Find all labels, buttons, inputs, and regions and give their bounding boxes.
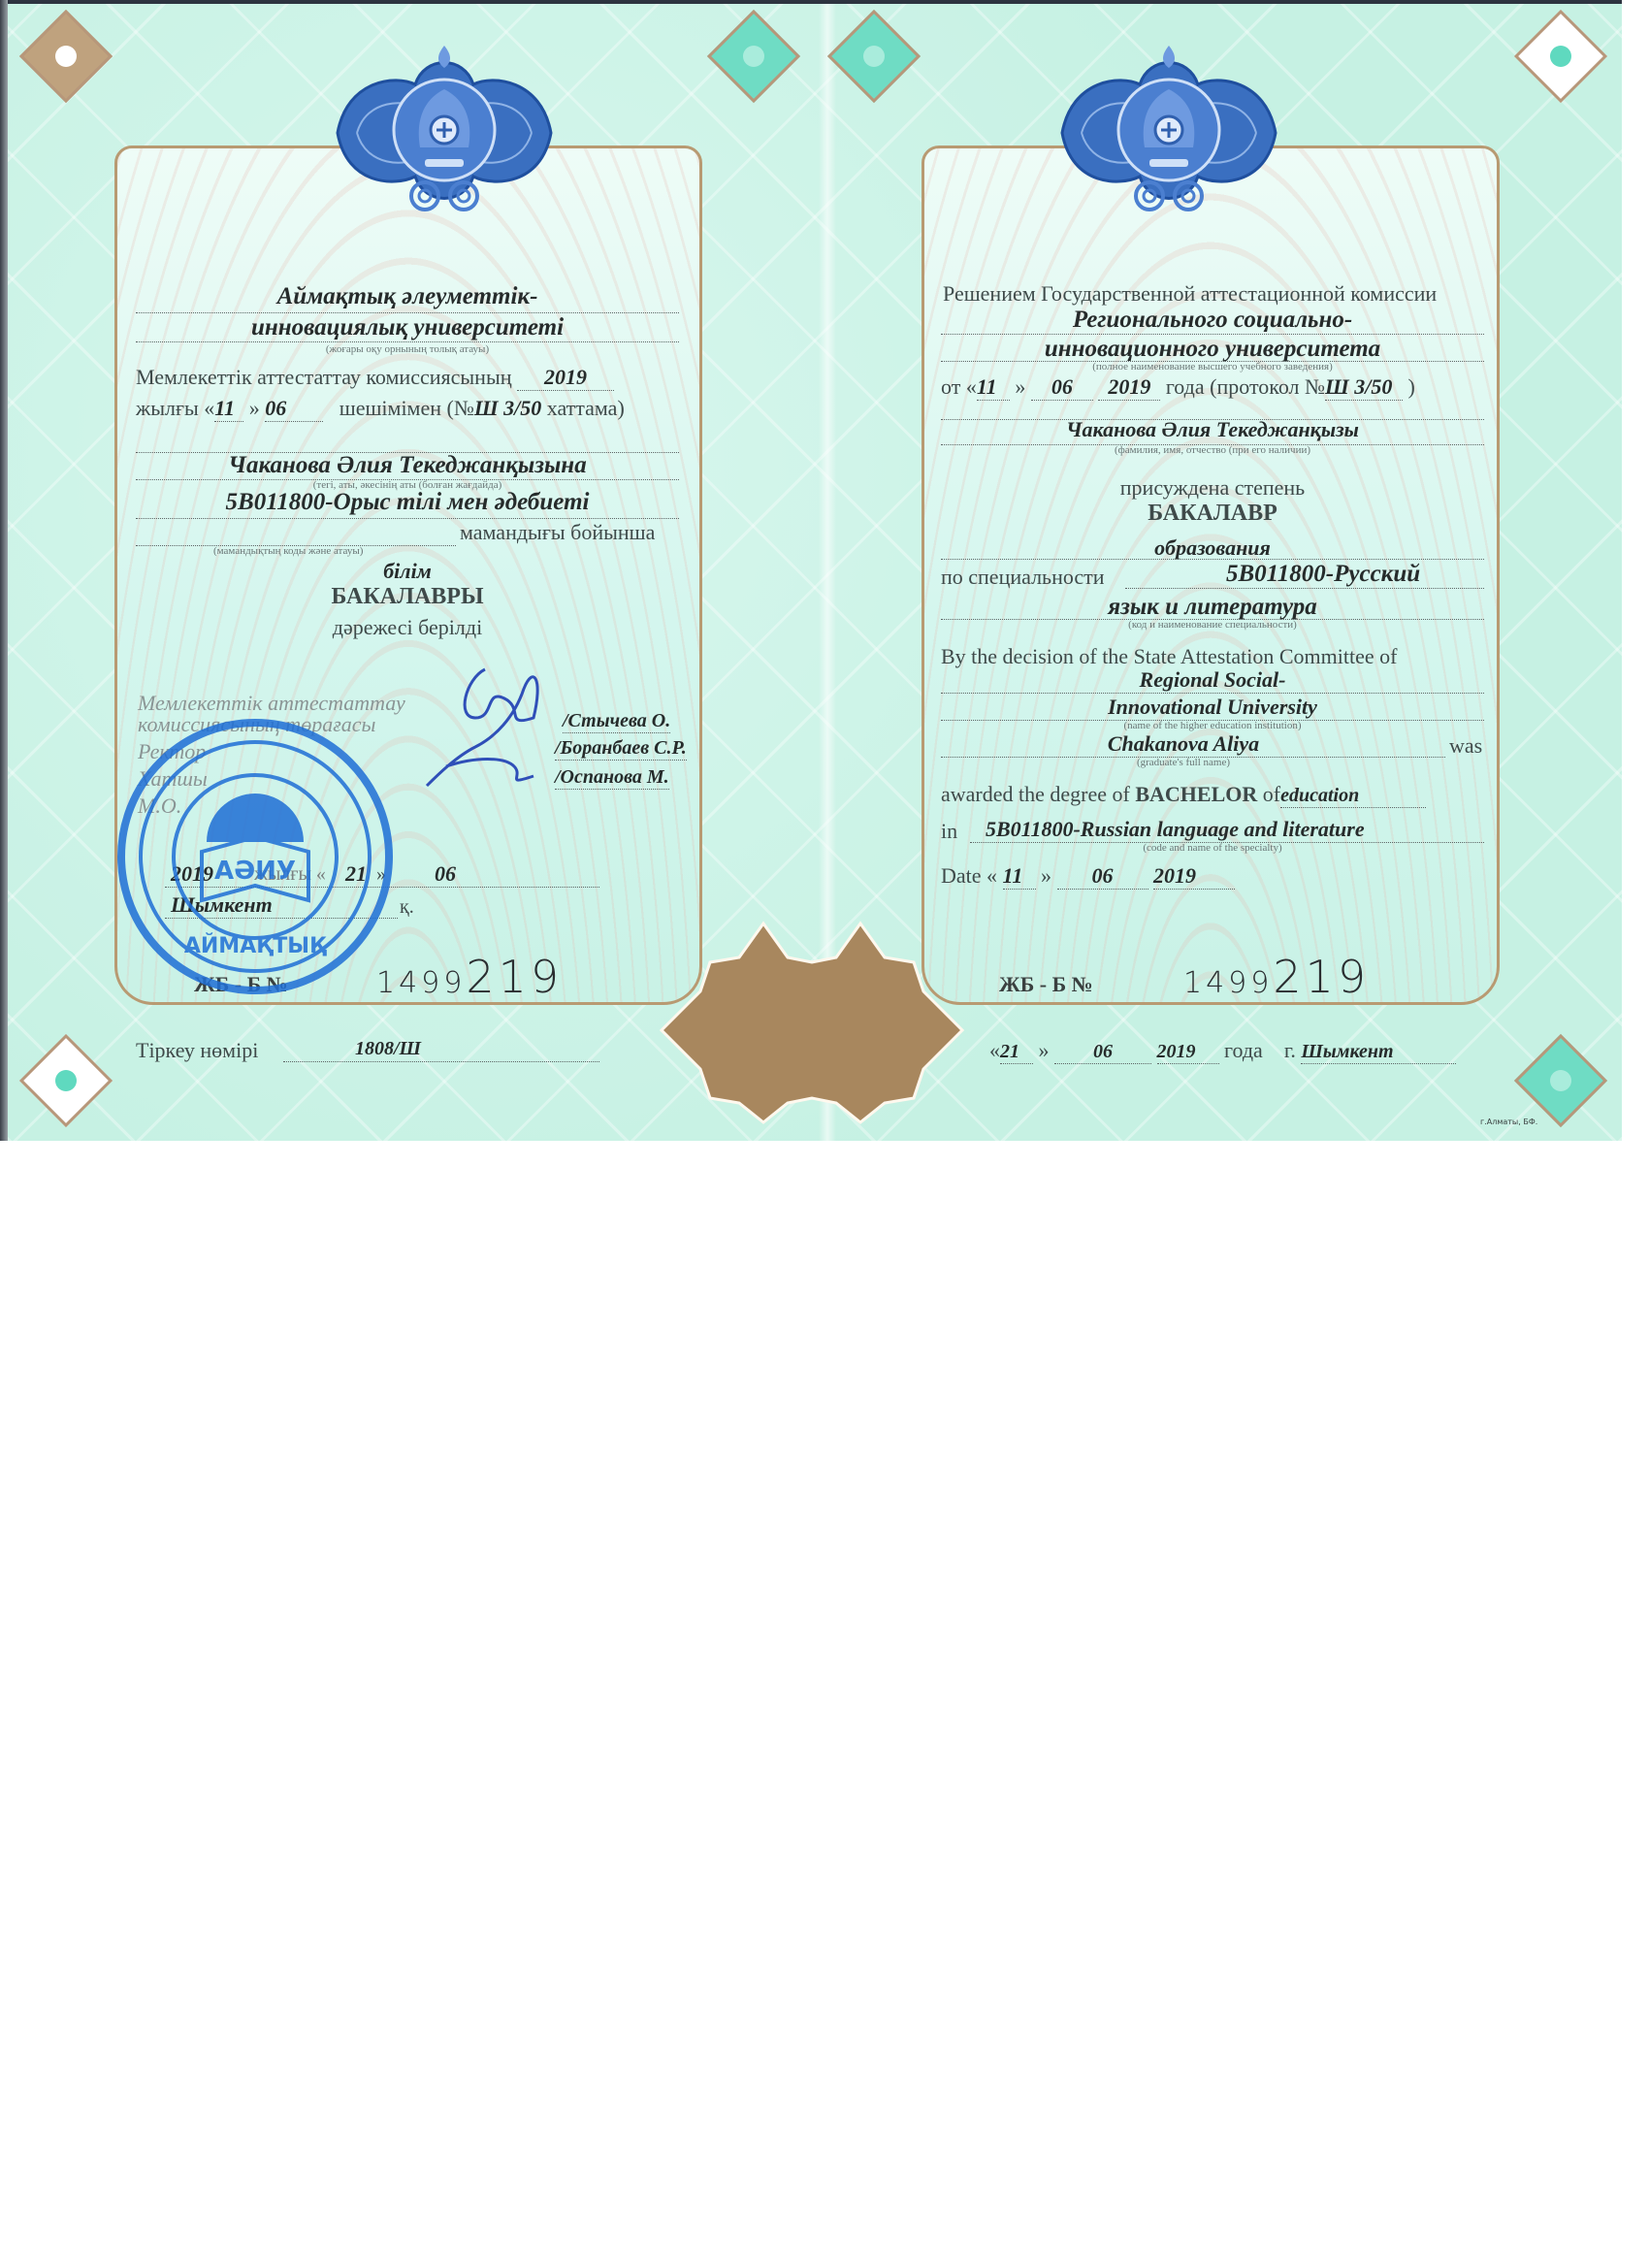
was-text-en: was (1449, 733, 1482, 759)
specialty-caption-kk: (мамандықтың коды және атауы) (213, 545, 363, 557)
serial-suffix: 219 (466, 951, 563, 1003)
serial-number-right: 1499219 (1183, 951, 1370, 1003)
date-year-en: 2019 (1153, 863, 1235, 890)
protocol-number: Ш 3/50 (474, 396, 541, 420)
fill-line (283, 1061, 599, 1062)
fill-line (1125, 588, 1484, 589)
commission-year: 2019 (517, 365, 614, 391)
commission-prefix: Мемлекеттік аттестаттау комиссиясының (136, 365, 512, 389)
name-caption-en: (graduate's full name) (941, 757, 1426, 768)
decision-text-ru: Решением Государственной аттестационной … (943, 281, 1437, 307)
issue-close: » (1039, 1038, 1050, 1062)
graduate-name-en: Chakanova Aliya (941, 731, 1426, 757)
degree-field-ru: образования (941, 535, 1484, 561)
date-prefix: жылғы « (136, 396, 214, 420)
institution-name-ru-line1: Регионального социально- (941, 307, 1484, 334)
awarded-text-ru: присуждена степень (941, 475, 1484, 501)
printer-mark: г.Алматы, БФ. (1480, 1118, 1537, 1126)
issue-year-suffix-ru: года (1224, 1038, 1263, 1062)
specialty-prefix-ru: по специальности (941, 565, 1105, 590)
specialty-ru-line1: 5B011800-Русский (1226, 561, 1420, 588)
series-label-right: ЖБ - Б № (999, 972, 1093, 997)
date-day-en: 11 (1003, 863, 1036, 890)
institution-name-en-line2: Innovational University (941, 695, 1484, 720)
fill-line (136, 518, 679, 519)
date-line-en: Date « 11 » 06 2019 (941, 863, 1235, 890)
fill-line (136, 312, 679, 313)
decision-year-ru: 2019 (1098, 374, 1160, 401)
svg-text:АӘИУ: АӘИУ (214, 857, 296, 886)
specialty-suffix-kk: мамандығы бойынша (460, 520, 655, 545)
awarded-line-en: awarded the degree of BACHELOR ofeducati… (941, 782, 1426, 808)
date-prefix-ru: от « (941, 374, 977, 399)
serial-number-left: 1499219 (376, 951, 563, 1003)
awarded-text-kk: дәрежесі берілді (136, 615, 679, 640)
fill-line (941, 693, 1484, 694)
issue-month-ru: 06 (1054, 1041, 1151, 1064)
fill-line (941, 334, 1484, 335)
rector-name: /Боранбаев С.Р. (555, 737, 687, 761)
decision-month-ru: 06 (1031, 374, 1093, 401)
specialty-caption-ru: (код и наименование специальности) (941, 619, 1484, 631)
protocol-number-ru: Ш 3/50 (1325, 374, 1403, 401)
issue-city-suffix-kk: қ. (400, 896, 414, 919)
issue-open: « (989, 1038, 1000, 1062)
state-emblem-icon (328, 41, 561, 225)
name-caption-ru: (фамилия, имя, отчество (при его наличии… (941, 444, 1484, 456)
decision-text: шешімімен (№ (339, 396, 474, 420)
scan-left-edge (0, 0, 8, 1141)
protocol-prefix-ru: года (протокол № (1166, 374, 1325, 399)
degree-field-en: education (1280, 785, 1426, 808)
institution-name-ru-line2: инновационного университета (941, 336, 1484, 363)
awarded-prefix-en: awarded the degree of (941, 782, 1130, 806)
specialty-kk: 5B011800-Орыс тілі мен әдебиеті (136, 489, 679, 516)
specialty-en: 5B011800-Russian language and literature (986, 817, 1365, 842)
chair-name: /Стычева О. (563, 710, 670, 733)
graduate-name-ru: Чаканова Әлия Текеджанқызы (941, 417, 1484, 442)
decision-date-ru: от «11 » 06 2019 года (протокол №Ш 3/50 … (941, 374, 1415, 401)
commission-date-line: жылғы «11 » 06 шешімімен (№Ш 3/50 хаттам… (136, 396, 625, 422)
decision-day: 11 (214, 396, 243, 422)
institution-caption-en: (name of the higher education institutio… (941, 720, 1484, 731)
specialty-ru-line2: язык и литература (941, 594, 1484, 621)
issue-month-kk: 06 (435, 861, 456, 887)
degree-en: BACHELOR (1135, 782, 1257, 806)
fill-line (941, 559, 1484, 560)
date-sep-ru: » (1015, 374, 1025, 399)
svg-text:АЙМАҚТЫҚ: АЙМАҚТЫҚ (184, 933, 327, 958)
date-label-en: Date « (941, 863, 997, 888)
protocol-suffix: хаттама) (547, 396, 625, 420)
issue-city-prefix-ru: г. (1284, 1038, 1296, 1062)
issue-year-ru: 2019 (1157, 1041, 1219, 1064)
institution-name-line1: Аймақтық әлеуметтік- (136, 283, 679, 310)
decision-text-en: By the decision of the State Attestation… (941, 644, 1397, 669)
gold-hologram-badge (652, 914, 972, 1125)
institution-caption-ru: (полное наименование высшего учебного за… (941, 361, 1484, 373)
registration-label: Тіркеу нөмірі (136, 1038, 258, 1063)
serial-prefix: 1499 (1183, 966, 1273, 1000)
date-month-en: 06 (1057, 863, 1148, 890)
in-text-en: in (941, 819, 957, 844)
issue-date-ru: «21 » 06 2019 года г. Шымкент (989, 1038, 1456, 1064)
fill-line (136, 341, 679, 342)
specialty-caption-en: (code and name of the specialty) (941, 842, 1484, 854)
degree-field-kk: білім (136, 559, 679, 584)
date-sep: » (249, 396, 260, 420)
date-sep-en: » (1041, 863, 1051, 888)
of-en: of (1263, 782, 1280, 806)
institution-name-line2: инновациялық университеті (136, 314, 679, 341)
serial-suffix: 219 (1273, 951, 1370, 1003)
degree-ru: БАКАЛАВР (941, 501, 1484, 527)
institution-name-en-line1: Regional Social- (941, 667, 1484, 693)
degree-kk: БАКАЛАВРЫ (136, 584, 679, 610)
state-emblem-icon (1052, 41, 1285, 225)
institution-caption: (жоғары оқу орнының толық атауы) (136, 343, 679, 355)
issue-city-ru: Шымкент (1301, 1041, 1456, 1064)
issue-day-ru: 21 (1000, 1041, 1033, 1064)
graduate-name-kk: Чаканова Әлия Текеджанқызына (136, 452, 679, 479)
decision-month: 06 (265, 396, 323, 422)
secretary-name: /Оспанова М. (555, 766, 669, 790)
commission-label: Мемлекеттік аттестаттау комиссиясының 20… (136, 365, 614, 391)
university-seal-stamp: АӘИУ АЙМАҚТЫҚ (114, 716, 396, 997)
registration-number: 1808/Ш (355, 1038, 421, 1060)
protocol-suffix-ru: ) (1408, 374, 1415, 399)
decision-day-ru: 11 (977, 374, 1010, 401)
